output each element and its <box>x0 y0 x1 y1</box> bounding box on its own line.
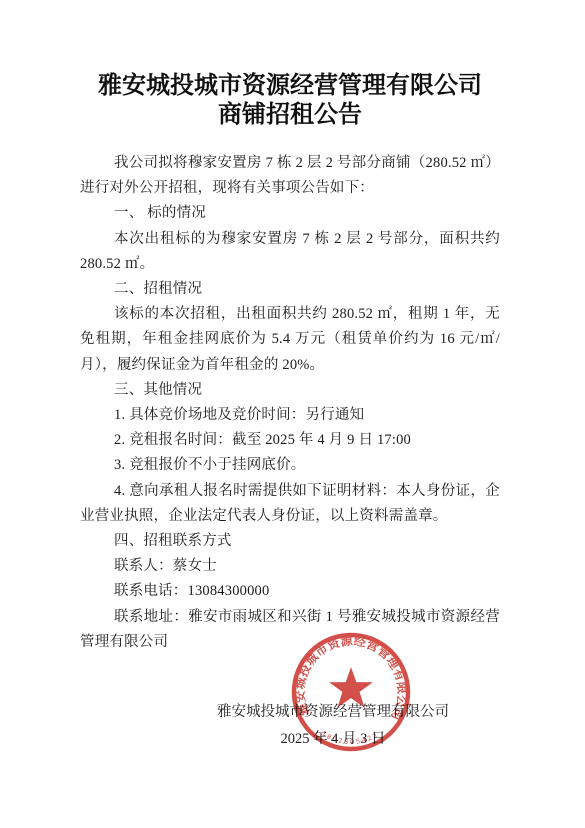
body-line: 一、 标的情况 <box>80 201 500 226</box>
body-line: 业营业执照，企业法定代表人身份证，以上资料需盖章。 <box>80 504 500 529</box>
body-line: 三、其他情况 <box>80 378 500 403</box>
body-line: 4. 意向承租人报名时需提供如下证明材料：本人身份证，企 <box>80 479 500 504</box>
signature-date: 2025 年 4 月 3 日 <box>178 726 488 753</box>
body-line: 联系电话：13084300000 <box>80 579 500 604</box>
body-line: 联系地址：雅安市雨城区和兴街 1 号雅安城投城市资源经营 <box>80 605 500 630</box>
signature-company: 雅安城投城市资源经营管理有限公司 <box>178 699 488 726</box>
title-line-2: 商铺招租公告 <box>80 101 500 130</box>
body-line: 进行对外公开招租，现将有关事项公告如下： <box>80 176 500 201</box>
page-title: 雅安城投城市资源经营管理有限公司 商铺招租公告 <box>80 72 500 130</box>
body-line: 3. 竞租报价不小于挂网底价。 <box>80 453 500 478</box>
body-line: 管理有限公司 <box>80 630 500 655</box>
body-line: 二、招租情况 <box>80 277 500 302</box>
body-line: 联系人：蔡女士 <box>80 554 500 579</box>
signature-block: 雅安城投城市资源经营管理有限公司 2025 年 4 月 3 日 <box>178 699 488 752</box>
body-line: 2. 竞租报名时间：截至 2025 年 4 月 9 日 17:00 <box>80 428 500 453</box>
document-page: 雅安城投城市资源经营管理有限公司 商铺招租公告 我公司拟将穆家安置房 7 栋 2… <box>0 0 585 828</box>
document-body: 我公司拟将穆家安置房 7 栋 2 层 2 号部分商铺（280.52 ㎡）进行对外… <box>80 151 500 655</box>
body-line: 1. 具体竞价场地及竞价时间：另行通知 <box>80 403 500 428</box>
body-line: 280.52 ㎡。 <box>80 252 500 277</box>
title-line-1: 雅安城投城市资源经营管理有限公司 <box>80 72 500 101</box>
body-line: 该标的本次招租，出租面积共约 280.52 ㎡，租期 1 年，无 <box>80 302 500 327</box>
body-line: 月），履约保证金为首年租金的 20%。 <box>80 353 500 378</box>
body-line: 本次出租标的为穆家安置房 7 栋 2 层 2 号部分，面积共约 <box>80 227 500 252</box>
body-line: 四、招租联系方式 <box>80 529 500 554</box>
body-line: 我公司拟将穆家安置房 7 栋 2 层 2 号部分商铺（280.52 ㎡） <box>80 151 500 176</box>
body-line: 免租期，年租金挂网底价为 5.4 万元（租赁单价约为 16 元/㎡/ <box>80 327 500 352</box>
